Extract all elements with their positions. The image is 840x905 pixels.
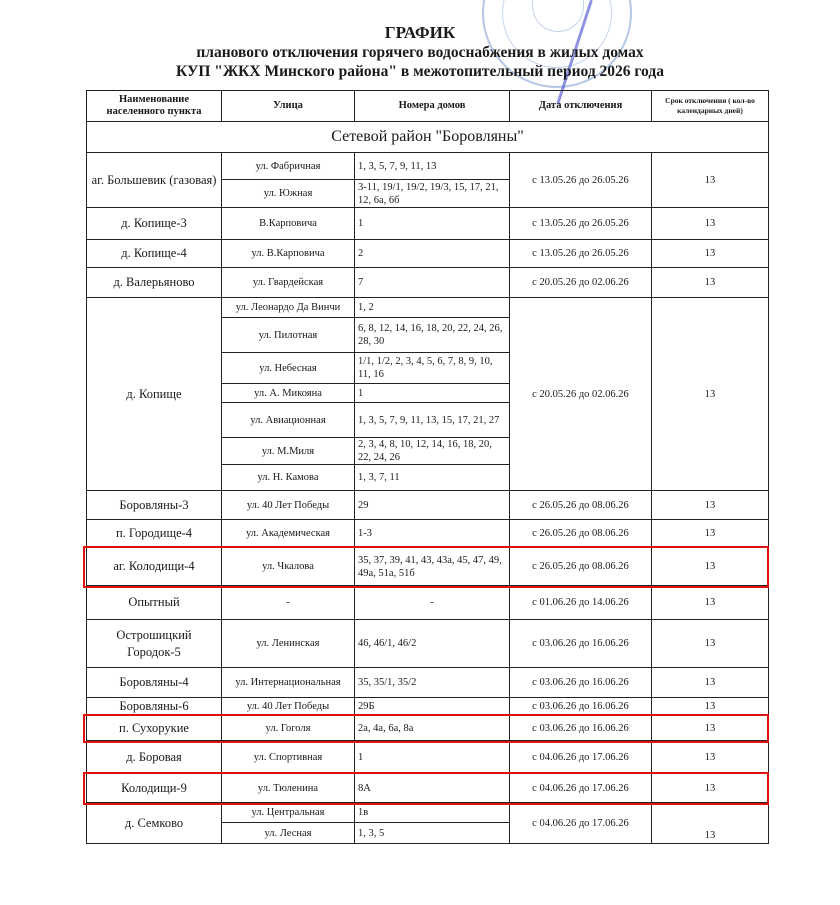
- days-cell: 13: [652, 548, 769, 586]
- table-row: аг. Большевик (газовая)ул. Фабричная1, 3…: [87, 153, 769, 180]
- table-row: Боровляны-4ул. Интернациональная35, 35/1…: [87, 668, 769, 698]
- place-cell: Боровляны-3: [87, 491, 222, 520]
- days-cell: 13: [652, 520, 769, 548]
- place-cell: Колодищи-9: [87, 774, 222, 803]
- table-row: Острошицкий Городок-5ул. Ленинская46, 46…: [87, 620, 769, 668]
- street-cell: ул. Центральная: [222, 803, 355, 823]
- date-cell: с 04.06.26 до 17.06.26: [510, 741, 652, 774]
- table-header-row: Наименование населенного пункта Улица Но…: [87, 91, 769, 122]
- houses-cell: 1-3: [355, 520, 510, 548]
- houses-cell: 1, 3, 5, 7, 9, 11, 13, 15, 17, 21, 27: [355, 403, 510, 438]
- days-cell: 13: [652, 620, 769, 668]
- place-cell: д. Копище-4: [87, 240, 222, 268]
- houses-cell: 1в: [355, 803, 510, 823]
- place-cell: п. Сухорукие: [87, 716, 222, 741]
- header-houses: Номера домов: [355, 91, 510, 122]
- houses-cell: 46, 46/1, 46/2: [355, 620, 510, 668]
- street-cell: ул. Гоголя: [222, 716, 355, 741]
- days-cell: 13: [652, 240, 769, 268]
- date-cell: с 03.06.26 до 16.06.26: [510, 668, 652, 698]
- table-row: д. Бороваяул. Спортивная1с 04.06.26 до 1…: [87, 741, 769, 774]
- street-cell: ул. Академическая: [222, 520, 355, 548]
- place-cell: п. Городище-4: [87, 520, 222, 548]
- date-cell: с 04.06.26 до 17.06.26: [510, 774, 652, 803]
- days-cell: 13: [652, 716, 769, 741]
- houses-cell: 1, 2: [355, 298, 510, 318]
- days-cell: 13: [652, 803, 769, 844]
- houses-cell: 1/1, 1/2, 2, 3, 4, 5, 6, 7, 8, 9, 10, 11…: [355, 353, 510, 384]
- street-cell: -: [222, 586, 355, 620]
- street-cell: ул. Небесная: [222, 353, 355, 384]
- days-cell: 13: [652, 208, 769, 240]
- street-cell: ул. 40 Лет Победы: [222, 698, 355, 716]
- houses-cell: 1, 3, 7, 11: [355, 465, 510, 491]
- days-cell: 13: [652, 741, 769, 774]
- houses-cell: 2: [355, 240, 510, 268]
- street-cell: ул. Южная: [222, 180, 355, 208]
- date-cell: с 20.05.26 до 02.06.26: [510, 298, 652, 491]
- place-cell: Боровляны-4: [87, 668, 222, 698]
- houses-cell: 1, 3, 5, 7, 9, 11, 13: [355, 153, 510, 180]
- date-cell: с 01.06.26 до 14.06.26: [510, 586, 652, 620]
- houses-cell: -: [355, 586, 510, 620]
- date-cell: с 26.05.26 до 08.06.26: [510, 520, 652, 548]
- date-cell: с 20.05.26 до 02.06.26: [510, 268, 652, 298]
- houses-cell: 29Б: [355, 698, 510, 716]
- street-cell: ул. Пилотная: [222, 318, 355, 353]
- date-cell: с 13.05.26 до 26.05.26: [510, 240, 652, 268]
- houses-cell: 3-11, 19/1, 19/2, 19/3, 15, 17, 21, 12, …: [355, 180, 510, 208]
- date-cell: с 26.05.26 до 08.06.26: [510, 548, 652, 586]
- street-cell: ул. 40 Лет Победы: [222, 491, 355, 520]
- houses-cell: 1: [355, 741, 510, 774]
- street-cell: ул. Чкалова: [222, 548, 355, 586]
- table-row: д. Копище-4ул. В.Карповича2с 13.05.26 до…: [87, 240, 769, 268]
- section-title: Сетевой район "Боровляны": [87, 122, 769, 153]
- place-cell: д. Копище-3: [87, 208, 222, 240]
- place-cell: д. Семково: [87, 803, 222, 844]
- place-cell: Боровляны-6: [87, 698, 222, 716]
- days-cell: 13: [652, 298, 769, 491]
- street-cell: В.Карповича: [222, 208, 355, 240]
- days-cell: 13: [652, 586, 769, 620]
- street-cell: ул. Тюленина: [222, 774, 355, 803]
- date-cell: с 13.05.26 до 26.05.26: [510, 208, 652, 240]
- table-row: Боровляны-3ул. 40 Лет Победы29с 26.05.26…: [87, 491, 769, 520]
- date-cell: с 26.05.26 до 08.06.26: [510, 491, 652, 520]
- table-row: п. Сухорукиеул. Гоголя2а, 4а, 6а, 8ас 03…: [87, 716, 769, 741]
- document-title: ГРАФИК планового отключения горячего вод…: [0, 22, 840, 81]
- days-cell: 13: [652, 774, 769, 803]
- street-cell: ул. Авиационная: [222, 403, 355, 438]
- days-cell: 13: [652, 491, 769, 520]
- street-cell: ул. Н. Камова: [222, 465, 355, 491]
- date-cell: с 03.06.26 до 16.06.26: [510, 698, 652, 716]
- street-cell: ул. Лесная: [222, 823, 355, 844]
- date-cell: с 04.06.26 до 17.06.26: [510, 803, 652, 844]
- place-cell: д. Копище: [87, 298, 222, 491]
- street-cell: ул. Спортивная: [222, 741, 355, 774]
- place-cell: аг. Колодищи-4: [87, 548, 222, 586]
- date-cell: с 03.06.26 до 16.06.26: [510, 620, 652, 668]
- table-row: Опытный--с 01.06.26 до 14.06.2613: [87, 586, 769, 620]
- header-days: Срок отключения ( кол-во календарных дне…: [652, 91, 769, 122]
- table-row: Боровляны-6ул. 40 Лет Победы29Бс 03.06.2…: [87, 698, 769, 716]
- houses-cell: 35, 37, 39, 41, 43, 43а, 45, 47, 49, 49а…: [355, 548, 510, 586]
- street-cell: ул. Леонардо Да Винчи: [222, 298, 355, 318]
- street-cell: ул. В.Карповича: [222, 240, 355, 268]
- street-cell: ул. Гвардейская: [222, 268, 355, 298]
- table-row: д. Валерьяновоул. Гвардейская7с 20.05.26…: [87, 268, 769, 298]
- table-row: п. Городище-4ул. Академическая1-3с 26.05…: [87, 520, 769, 548]
- table-row: д. Копищеул. Леонардо Да Винчи1, 2с 20.0…: [87, 298, 769, 318]
- date-cell: с 03.06.26 до 16.06.26: [510, 716, 652, 741]
- street-cell: ул. Фабричная: [222, 153, 355, 180]
- houses-cell: 6, 8, 12, 14, 16, 18, 20, 22, 24, 26, 28…: [355, 318, 510, 353]
- table-row: д. Копище-3В.Карповича1с 13.05.26 до 26.…: [87, 208, 769, 240]
- title-main: ГРАФИК: [0, 22, 840, 43]
- days-cell: 13: [652, 698, 769, 716]
- houses-cell: 8А: [355, 774, 510, 803]
- houses-cell: 1: [355, 208, 510, 240]
- days-cell: 13: [652, 268, 769, 298]
- street-cell: ул. М.Миля: [222, 438, 355, 465]
- place-cell: Опытный: [87, 586, 222, 620]
- street-cell: ул. Ленинская: [222, 620, 355, 668]
- houses-cell: 1: [355, 384, 510, 403]
- houses-cell: 7: [355, 268, 510, 298]
- header-place: Наименование населенного пункта: [87, 91, 222, 122]
- place-cell: д. Валерьяново: [87, 268, 222, 298]
- place-cell: Острошицкий Городок-5: [87, 620, 222, 668]
- header-street: Улица: [222, 91, 355, 122]
- date-cell: с 13.05.26 до 26.05.26: [510, 153, 652, 208]
- title-line-2: планового отключения горячего водоснабже…: [0, 43, 840, 62]
- place-cell: аг. Большевик (газовая): [87, 153, 222, 208]
- header-date: Дата отключения: [510, 91, 652, 122]
- days-cell: 13: [652, 668, 769, 698]
- street-cell: ул. А. Микояна: [222, 384, 355, 403]
- title-line-3: КУП "ЖКХ Минского района" в межотопитель…: [0, 62, 840, 81]
- street-cell: ул. Интернациональная: [222, 668, 355, 698]
- schedule-table: Наименование населенного пункта Улица Но…: [86, 90, 769, 844]
- days-cell: 13: [652, 153, 769, 208]
- houses-cell: 35, 35/1, 35/2: [355, 668, 510, 698]
- table-row: Колодищи-9ул. Тюленина8Ас 04.06.26 до 17…: [87, 774, 769, 803]
- houses-cell: 2, 3, 4, 8, 10, 12, 14, 16, 18, 20, 22, …: [355, 438, 510, 465]
- place-cell: д. Боровая: [87, 741, 222, 774]
- section-row: Сетевой район "Боровляны": [87, 122, 769, 153]
- houses-cell: 1, 3, 5: [355, 823, 510, 844]
- houses-cell: 29: [355, 491, 510, 520]
- table-row: аг. Колодищи-4ул. Чкалова35, 37, 39, 41,…: [87, 548, 769, 586]
- table-row: д. Семковоул. Центральная1вс 04.06.26 до…: [87, 803, 769, 823]
- houses-cell: 2а, 4а, 6а, 8а: [355, 716, 510, 741]
